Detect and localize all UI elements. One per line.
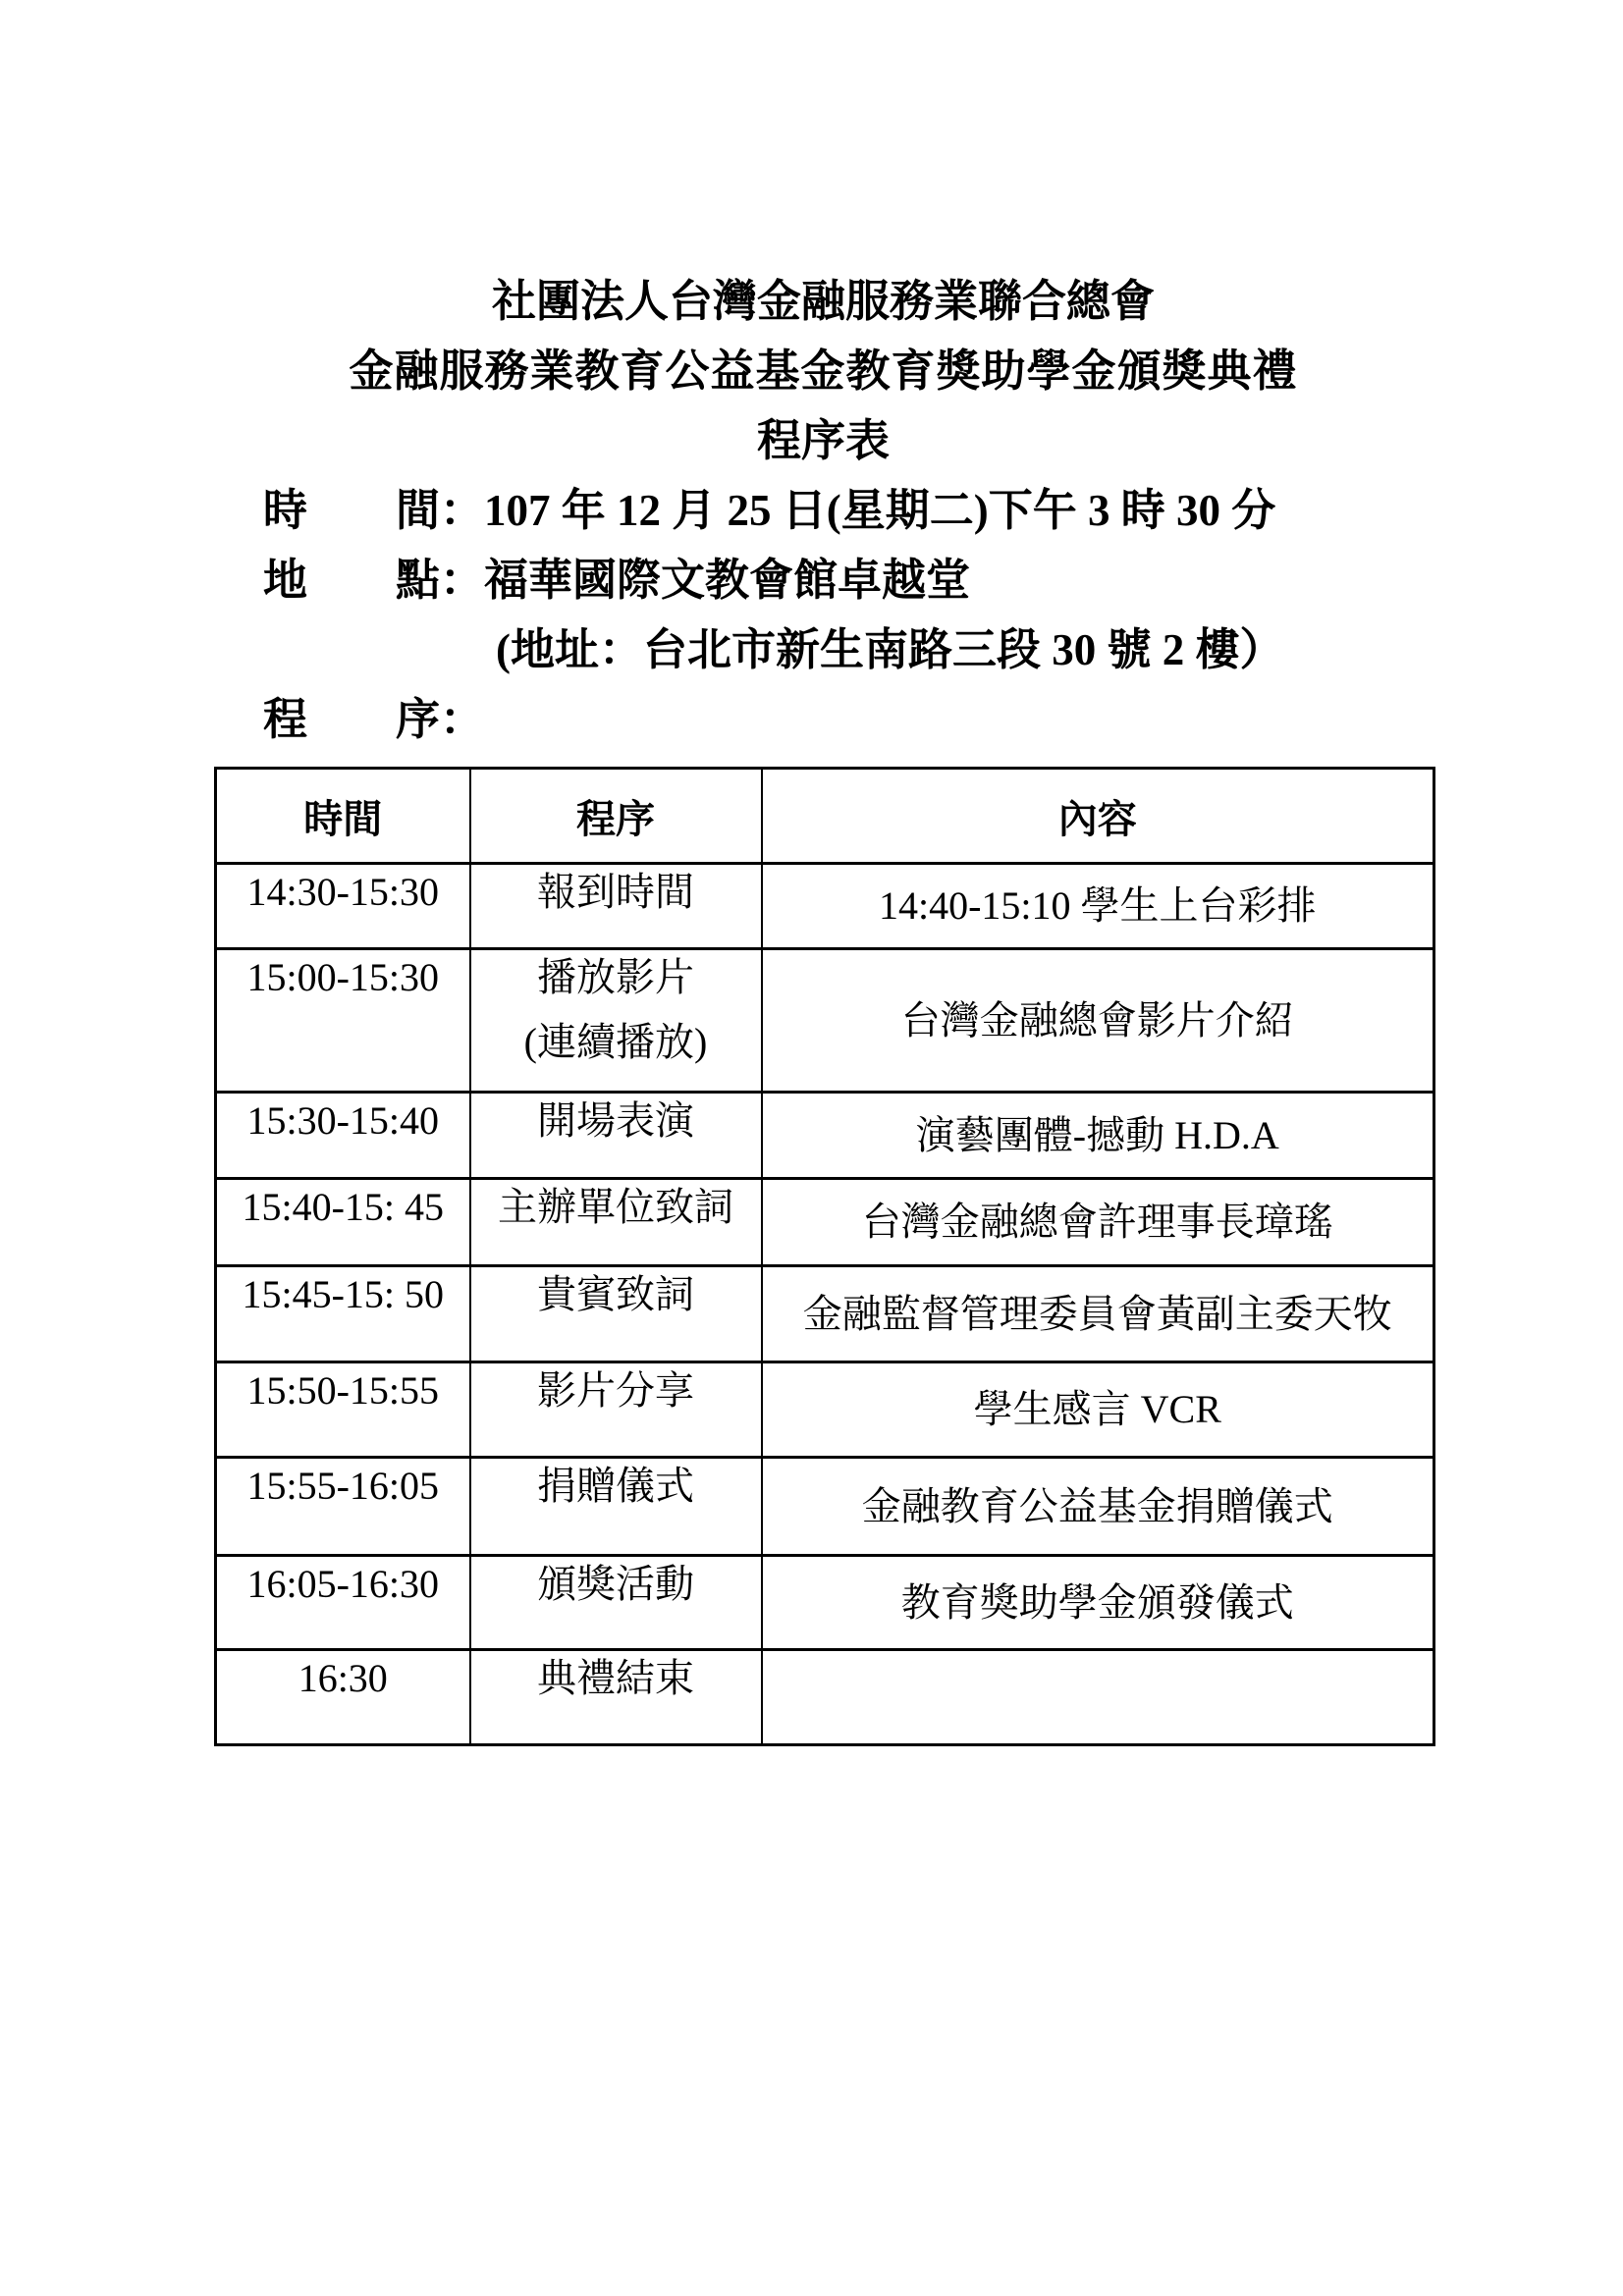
time-line: 時 間：107 年 12 月 25 日(星期二)下午 3 時 30 分 (214, 476, 1433, 546)
table-row: 15:40-15: 45 主辦單位致詞 台灣金融總會許理事長璋瑤 (216, 1179, 1434, 1266)
cell-time: 15:00-15:30 (216, 949, 470, 1093)
cell-time: 14:30-15:30 (216, 864, 470, 949)
cell-content: 金融監督管理委員會黃副主委天牧 (762, 1266, 1434, 1362)
info-block: 時 間：107 年 12 月 25 日(星期二)下午 3 時 30 分 地 點：… (214, 476, 1433, 755)
header-content: 內容 (762, 769, 1434, 864)
cell-program: 報到時間 (470, 864, 762, 949)
cell-content: 金融教育公益基金捐贈儀式 (762, 1458, 1434, 1556)
table-row: 15:30-15:40 開場表演 演藝團體-撼動 H.D.A (216, 1093, 1434, 1179)
place-value: 福華國際文教會館卓越堂 (484, 556, 970, 605)
cell-time: 16:05-16:30 (216, 1556, 470, 1650)
table-row: 15:00-15:30 播放影片 (連續播放) 台灣金融總會影片介紹 (216, 949, 1434, 1093)
cell-program: 捐贈儀式 (470, 1458, 762, 1556)
program-line-2: (連續播放) (471, 1015, 761, 1070)
time-label: 時 間： (263, 486, 484, 535)
cell-content: 台灣金融總會許理事長璋瑤 (762, 1179, 1434, 1266)
event-title: 金融服務業教育公益基金教育獎助學金頒獎典禮 (214, 337, 1433, 406)
document-content: 社團法人台灣金融服務業聯合總會 金融服務業教育公益基金教育獎助學金頒獎典禮 程序… (214, 0, 1433, 1746)
cell-program: 典禮結束 (470, 1650, 762, 1745)
cell-content: 14:40-15:10 學生上台彩排 (762, 864, 1434, 949)
doc-title: 程序表 (214, 406, 1433, 476)
header-program: 程序 (470, 769, 762, 864)
cell-program: 貴賓致詞 (470, 1266, 762, 1362)
cell-time: 15:45-15: 50 (216, 1266, 470, 1362)
table-row: 14:30-15:30 報到時間 14:40-15:10 學生上台彩排 (216, 864, 1434, 949)
table-header-row: 時間 程序 內容 (216, 769, 1434, 864)
header-time: 時間 (216, 769, 470, 864)
title-block: 社團法人台灣金融服務業聯合總會 金融服務業教育公益基金教育獎助學金頒獎典禮 程序… (214, 267, 1433, 476)
cell-program: 播放影片 (連續播放) (470, 949, 762, 1093)
time-value: 107 年 12 月 25 日(星期二)下午 3 時 30 分 (484, 486, 1275, 535)
cell-program: 主辦單位致詞 (470, 1179, 762, 1266)
cell-content: 學生感言 VCR (762, 1362, 1434, 1458)
cell-content: 台灣金融總會影片介紹 (762, 949, 1434, 1093)
cell-time: 15:50-15:55 (216, 1362, 470, 1458)
table-row: 15:45-15: 50 貴賓致詞 金融監督管理委員會黃副主委天牧 (216, 1266, 1434, 1362)
document-page: 社團法人台灣金融服務業聯合總會 金融服務業教育公益基金教育獎助學金頒獎典禮 程序… (0, 0, 1623, 2296)
address-line: (地址：台北市新生南路三段 30 號 2 樓） (214, 615, 1433, 685)
program-line-1: 播放影片 (471, 950, 761, 1005)
cell-time: 15:55-16:05 (216, 1458, 470, 1556)
table-row: 16:05-16:30 頒獎活動 教育獎助學金頒發儀式 (216, 1556, 1434, 1650)
place-label: 地 點： (263, 556, 484, 605)
cell-content: 演藝團體-撼動 H.D.A (762, 1093, 1434, 1179)
agenda-table: 時間 程序 內容 14:30-15:30 報到時間 14:40-15:10 學生… (214, 767, 1435, 1746)
cell-program: 頒獎活動 (470, 1556, 762, 1650)
place-line: 地 點：福華國際文教會館卓越堂 (214, 546, 1433, 615)
agenda-label: 程 序： (214, 685, 1433, 755)
table-row: 15:50-15:55 影片分享 學生感言 VCR (216, 1362, 1434, 1458)
cell-content (762, 1650, 1434, 1745)
org-title: 社團法人台灣金融服務業聯合總會 (214, 267, 1433, 337)
cell-time: 15:30-15:40 (216, 1093, 470, 1179)
cell-time: 15:40-15: 45 (216, 1179, 470, 1266)
table-row: 15:55-16:05 捐贈儀式 金融教育公益基金捐贈儀式 (216, 1458, 1434, 1556)
cell-program: 影片分享 (470, 1362, 762, 1458)
table-row: 16:30 典禮結束 (216, 1650, 1434, 1745)
cell-content: 教育獎助學金頒發儀式 (762, 1556, 1434, 1650)
cell-time: 16:30 (216, 1650, 470, 1745)
cell-program: 開場表演 (470, 1093, 762, 1179)
